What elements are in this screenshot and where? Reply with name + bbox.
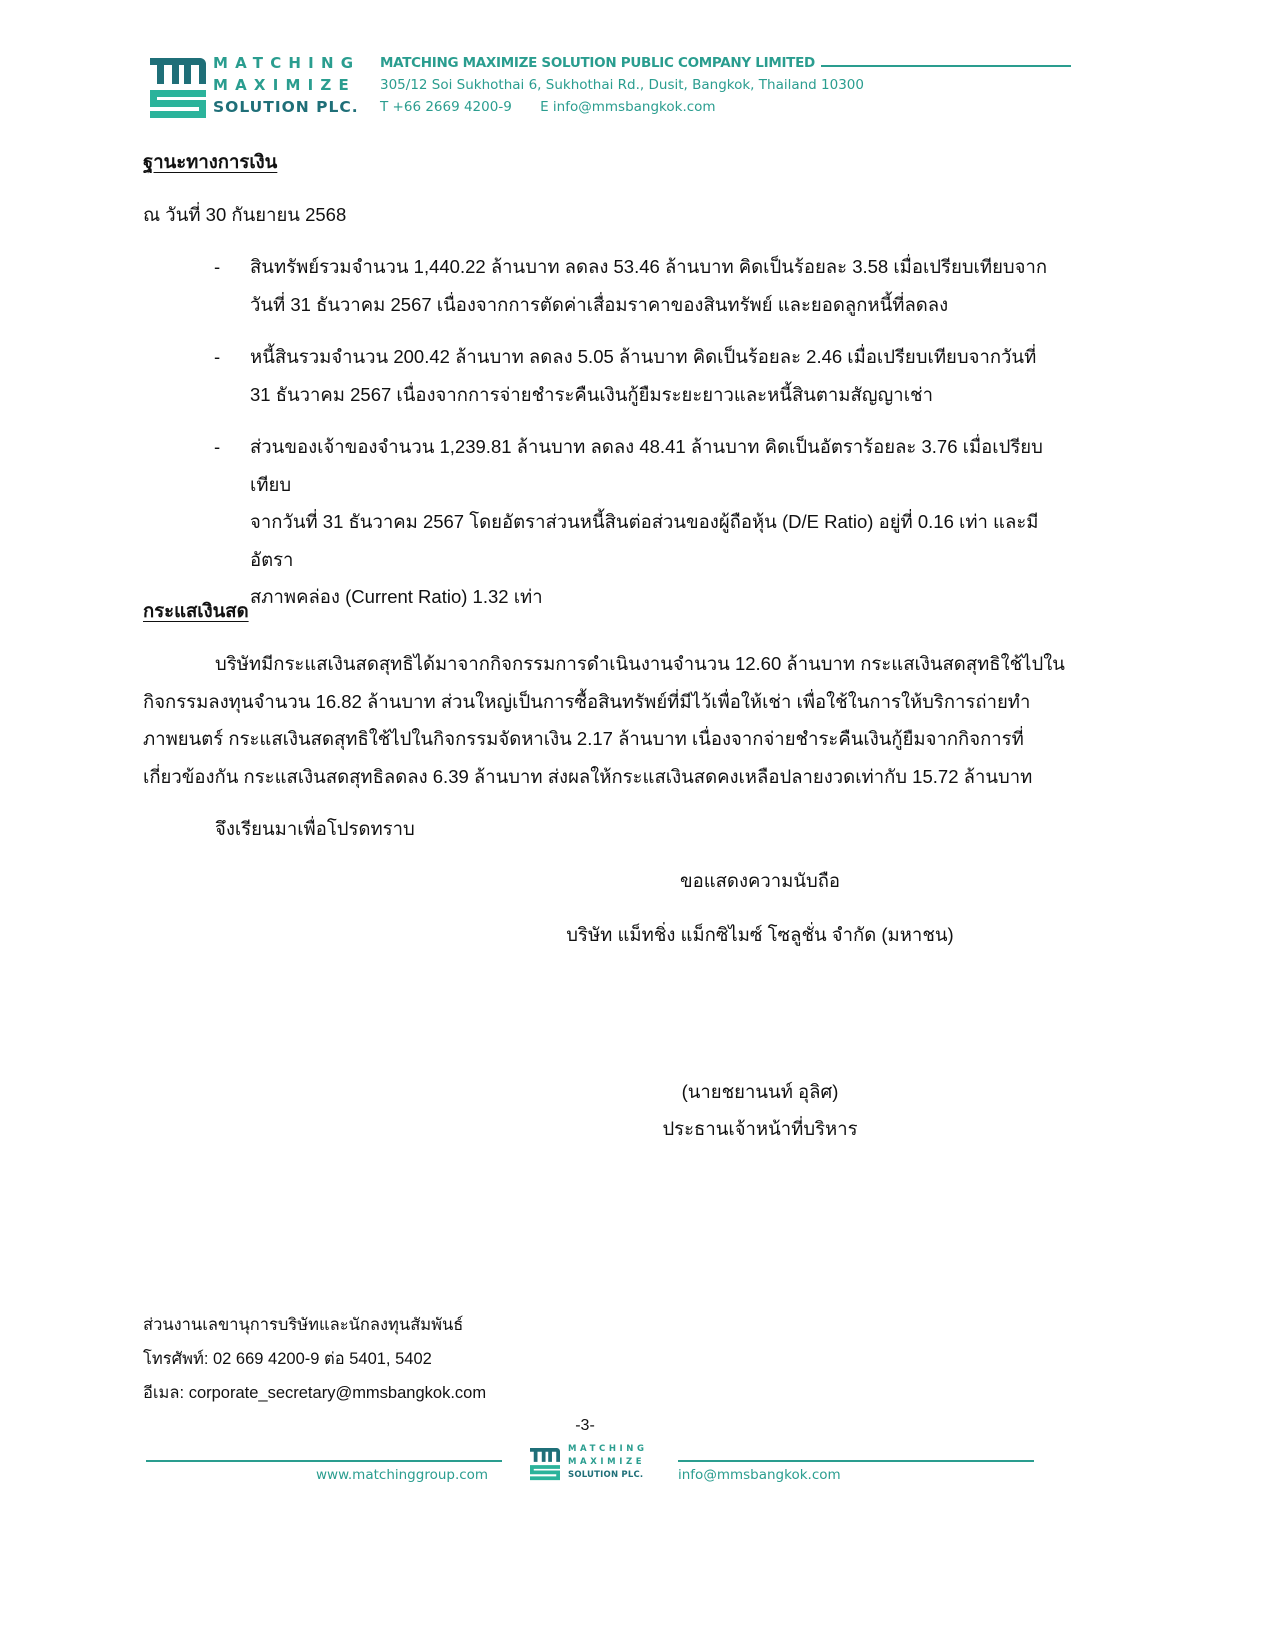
bullet-line: จากวันที่ 31 ธันวาคม 2567 โดยอัตราส่วนหน… xyxy=(250,503,1080,578)
paragraph-line: ภาพยนตร์ กระแสเงินสดสุทธิใช้ไปในกิจกรรมจ… xyxy=(143,720,1065,758)
bullet-line: วันที่ 31 ธันวาคม 2567 เนื่องจากการตัดค่… xyxy=(250,286,1080,324)
bullet-line: สินทรัพย์รวมจำนวน 1,440.22 ล้านบาท ลดลง … xyxy=(250,248,1080,286)
footer-rule-right xyxy=(678,1460,1034,1462)
closing-note: จึงเรียนมาเพื่อโปรดทราบ xyxy=(215,810,415,848)
bullet-line: ส่วนของเจ้าของจำนวน 1,239.81 ล้านบาท ลดล… xyxy=(250,428,1080,503)
logo-wordmark: MATCHING MAXIMIZE SOLUTION PLC. xyxy=(213,52,360,118)
contact-phone: โทรศัพท์: 02 669 4200-9 ต่อ 5401, 5402 xyxy=(143,1342,486,1376)
footer-logo: MATCHING MAXIMIZE SOLUTION PLC. xyxy=(530,1443,665,1485)
company-name: MATCHING MAXIMIZE SOLUTION PUBLIC COMPAN… xyxy=(380,52,815,74)
logo-word-3: SOLUTION PLC. xyxy=(213,96,360,118)
bullet-text: ส่วนของเจ้าของจำนวน 1,239.81 ล้านบาท ลดล… xyxy=(250,428,1080,616)
contact-block: ส่วนงานเลขานุการบริษัทและนักลงทุนสัมพันธ… xyxy=(143,1308,486,1410)
company-name-thai: บริษัท แม็ทชิ่ง แม็กซิไมซ์ โซลูชั่น จำกั… xyxy=(560,916,960,953)
company-name-row: MATCHING MAXIMIZE SOLUTION PUBLIC COMPAN… xyxy=(380,52,1071,74)
logo-word-2: MAXIMIZE xyxy=(568,1456,648,1469)
bullet-dash: - xyxy=(214,256,220,278)
bullet-dash: - xyxy=(214,346,220,368)
cash-flow-paragraph: บริษัทมีกระแสเงินสดสุทธิได้มาจากกิจกรรมก… xyxy=(143,645,1065,795)
company-email[interactable]: E info@mmsbangkok.com xyxy=(540,99,715,115)
section-heading-cash-flow: กระแสเงินสด xyxy=(143,592,249,630)
mms-logo-icon xyxy=(150,54,206,118)
paragraph-line: กิจกรรมลงทุนจำนวน 16.82 ล้านบาท ส่วนใหญ่… xyxy=(143,683,1065,721)
logo-word-3: SOLUTION PLC. xyxy=(568,1469,648,1482)
logo-word-1: MATCHING xyxy=(568,1443,648,1456)
bullet-dash: - xyxy=(214,436,220,458)
footer-email-link[interactable]: info@mmsbangkok.com xyxy=(678,1467,841,1483)
signer-name: (นายชยานนท์ อุลิศ) xyxy=(560,1073,960,1110)
paragraph-line: เกี่ยวข้องกัน กระแสเงินสดสุทธิลดลง 6.39 … xyxy=(143,758,1065,796)
company-contact: T +66 2669 4200-9 E info@mmsbangkok.com xyxy=(380,96,1071,118)
bullet-line: หนี้สินรวมจำนวน 200.42 ล้านบาท ลดลง 5.05… xyxy=(250,338,1080,376)
letterhead-info: MATCHING MAXIMIZE SOLUTION PUBLIC COMPAN… xyxy=(380,52,1071,118)
header-rule xyxy=(821,65,1071,67)
closing-regards: ขอแสดงความนับถือ xyxy=(560,862,960,899)
logo-word-1: MATCHING xyxy=(213,52,360,74)
footer-rule-left xyxy=(146,1460,502,1462)
mms-logo-icon xyxy=(530,1443,560,1483)
bullet-line: สภาพคล่อง (Current Ratio) 1.32 เท่า xyxy=(250,578,1080,616)
as-of-date: ณ วันที่ 30 กันยายน 2568 xyxy=(143,196,346,234)
contact-email[interactable]: อีเมล: corporate_secretary@mmsbangkok.co… xyxy=(143,1376,486,1410)
bullet-text: หนี้สินรวมจำนวน 200.42 ล้านบาท ลดลง 5.05… xyxy=(250,338,1080,413)
signer-title: ประธานเจ้าหน้าที่บริหาร xyxy=(560,1110,960,1147)
footer-website-link[interactable]: www.matchinggroup.com xyxy=(316,1467,488,1483)
bullet-line: 31 ธันวาคม 2567 เนื่องจากการจ่ายชำระคืนเ… xyxy=(250,376,1080,414)
contact-department: ส่วนงานเลขานุการบริษัทและนักลงทุนสัมพันธ… xyxy=(143,1308,486,1342)
section-heading-financial-position: ฐานะทางการเงิน xyxy=(143,143,277,181)
page-number: -3- xyxy=(0,1417,1170,1435)
logo-word-2: MAXIMIZE xyxy=(213,74,360,96)
bullet-text: สินทรัพย์รวมจำนวน 1,440.22 ล้านบาท ลดลง … xyxy=(250,248,1080,323)
company-phone: T +66 2669 4200-9 xyxy=(380,99,512,115)
paragraph-line: บริษัทมีกระแสเงินสดสุทธิได้มาจากกิจกรรมก… xyxy=(143,645,1065,683)
footer-logo-wordmark: MATCHING MAXIMIZE SOLUTION PLC. xyxy=(568,1443,648,1482)
company-address: 305/12 Soi Sukhothai 6, Sukhothai Rd., D… xyxy=(380,74,1071,96)
